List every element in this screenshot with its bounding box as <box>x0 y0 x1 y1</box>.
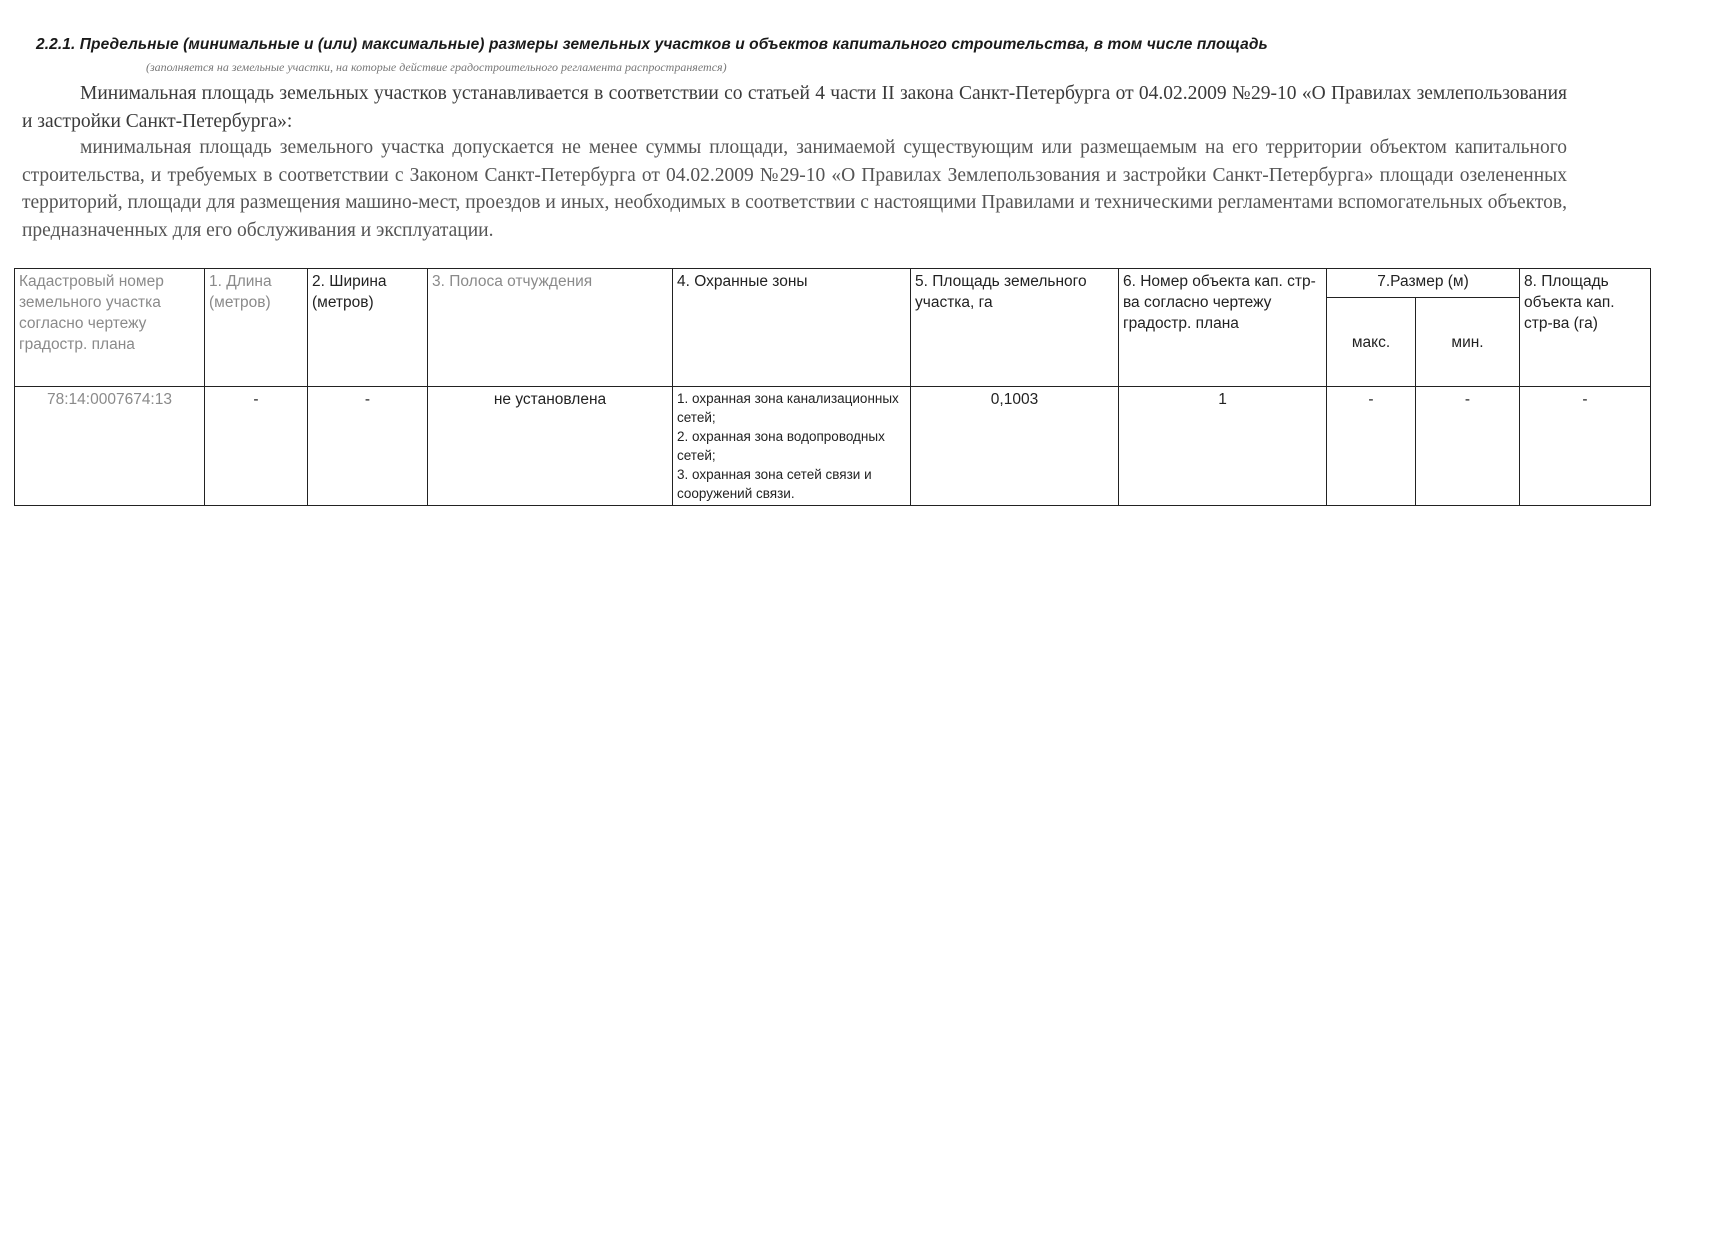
header-plot-area: 5. Площадь земельного участка, га <box>911 269 1119 387</box>
cell-object-area: - <box>1520 387 1651 506</box>
table-row: 78:14:0007674:13 - - не установлена 1. о… <box>15 387 1651 506</box>
cell-protection-zones: 1. охранная зона канализационных сетей; … <box>673 387 911 506</box>
header-size-max: макс. <box>1327 298 1416 387</box>
header-object-area: 8. Площадь объекта кап. стр-ва (га) <box>1520 269 1651 387</box>
cell-object-number: 1 <box>1119 387 1327 506</box>
section-title: 2.2.1. Предельные (минимальные и (или) м… <box>36 36 1656 54</box>
cell-plot-area: 0,1003 <box>911 387 1119 506</box>
header-width: 2. Ширина (метров) <box>308 269 428 387</box>
protection-zone-item: 1. охранная зона канализационных сетей; <box>677 389 906 427</box>
protection-zone-item: 2. охранная зона водопроводных сетей; <box>677 427 906 465</box>
cell-cadastral: 78:14:0007674:13 <box>15 387 205 506</box>
cell-size-max: - <box>1327 387 1416 506</box>
cell-size-min: - <box>1416 387 1520 506</box>
header-exclusion-strip: 3. Полоса отчуждения <box>428 269 673 387</box>
cell-width: - <box>308 387 428 506</box>
section-note: (заполняется на земельные участки, на ко… <box>146 60 727 75</box>
protection-zone-item: 3. охранная зона сетей связи и сооружени… <box>677 465 906 503</box>
cell-length: - <box>205 387 308 506</box>
table-header-row: Кадастровый номер земельного участка сог… <box>15 269 1651 298</box>
header-object-number: 6. Номер объекта кап. стр-ва согласно че… <box>1119 269 1327 387</box>
header-size: 7.Размер (м) <box>1327 269 1520 298</box>
document-page: 2.2.1. Предельные (минимальные и (или) м… <box>0 0 1731 1235</box>
header-length: 1. Длина (метров) <box>205 269 308 387</box>
header-size-min: мин. <box>1416 298 1520 387</box>
paragraph-min-area-rule: минимальная площадь земельного участка д… <box>22 134 1567 244</box>
header-protection-zones: 4. Охранные зоны <box>673 269 911 387</box>
cell-exclusion-strip: не установлена <box>428 387 673 506</box>
paragraph-min-area-law: Минимальная площадь земельных участков у… <box>22 80 1567 135</box>
limits-table: Кадастровый номер земельного участка сог… <box>14 268 1651 506</box>
header-cadastral: Кадастровый номер земельного участка сог… <box>15 269 205 387</box>
